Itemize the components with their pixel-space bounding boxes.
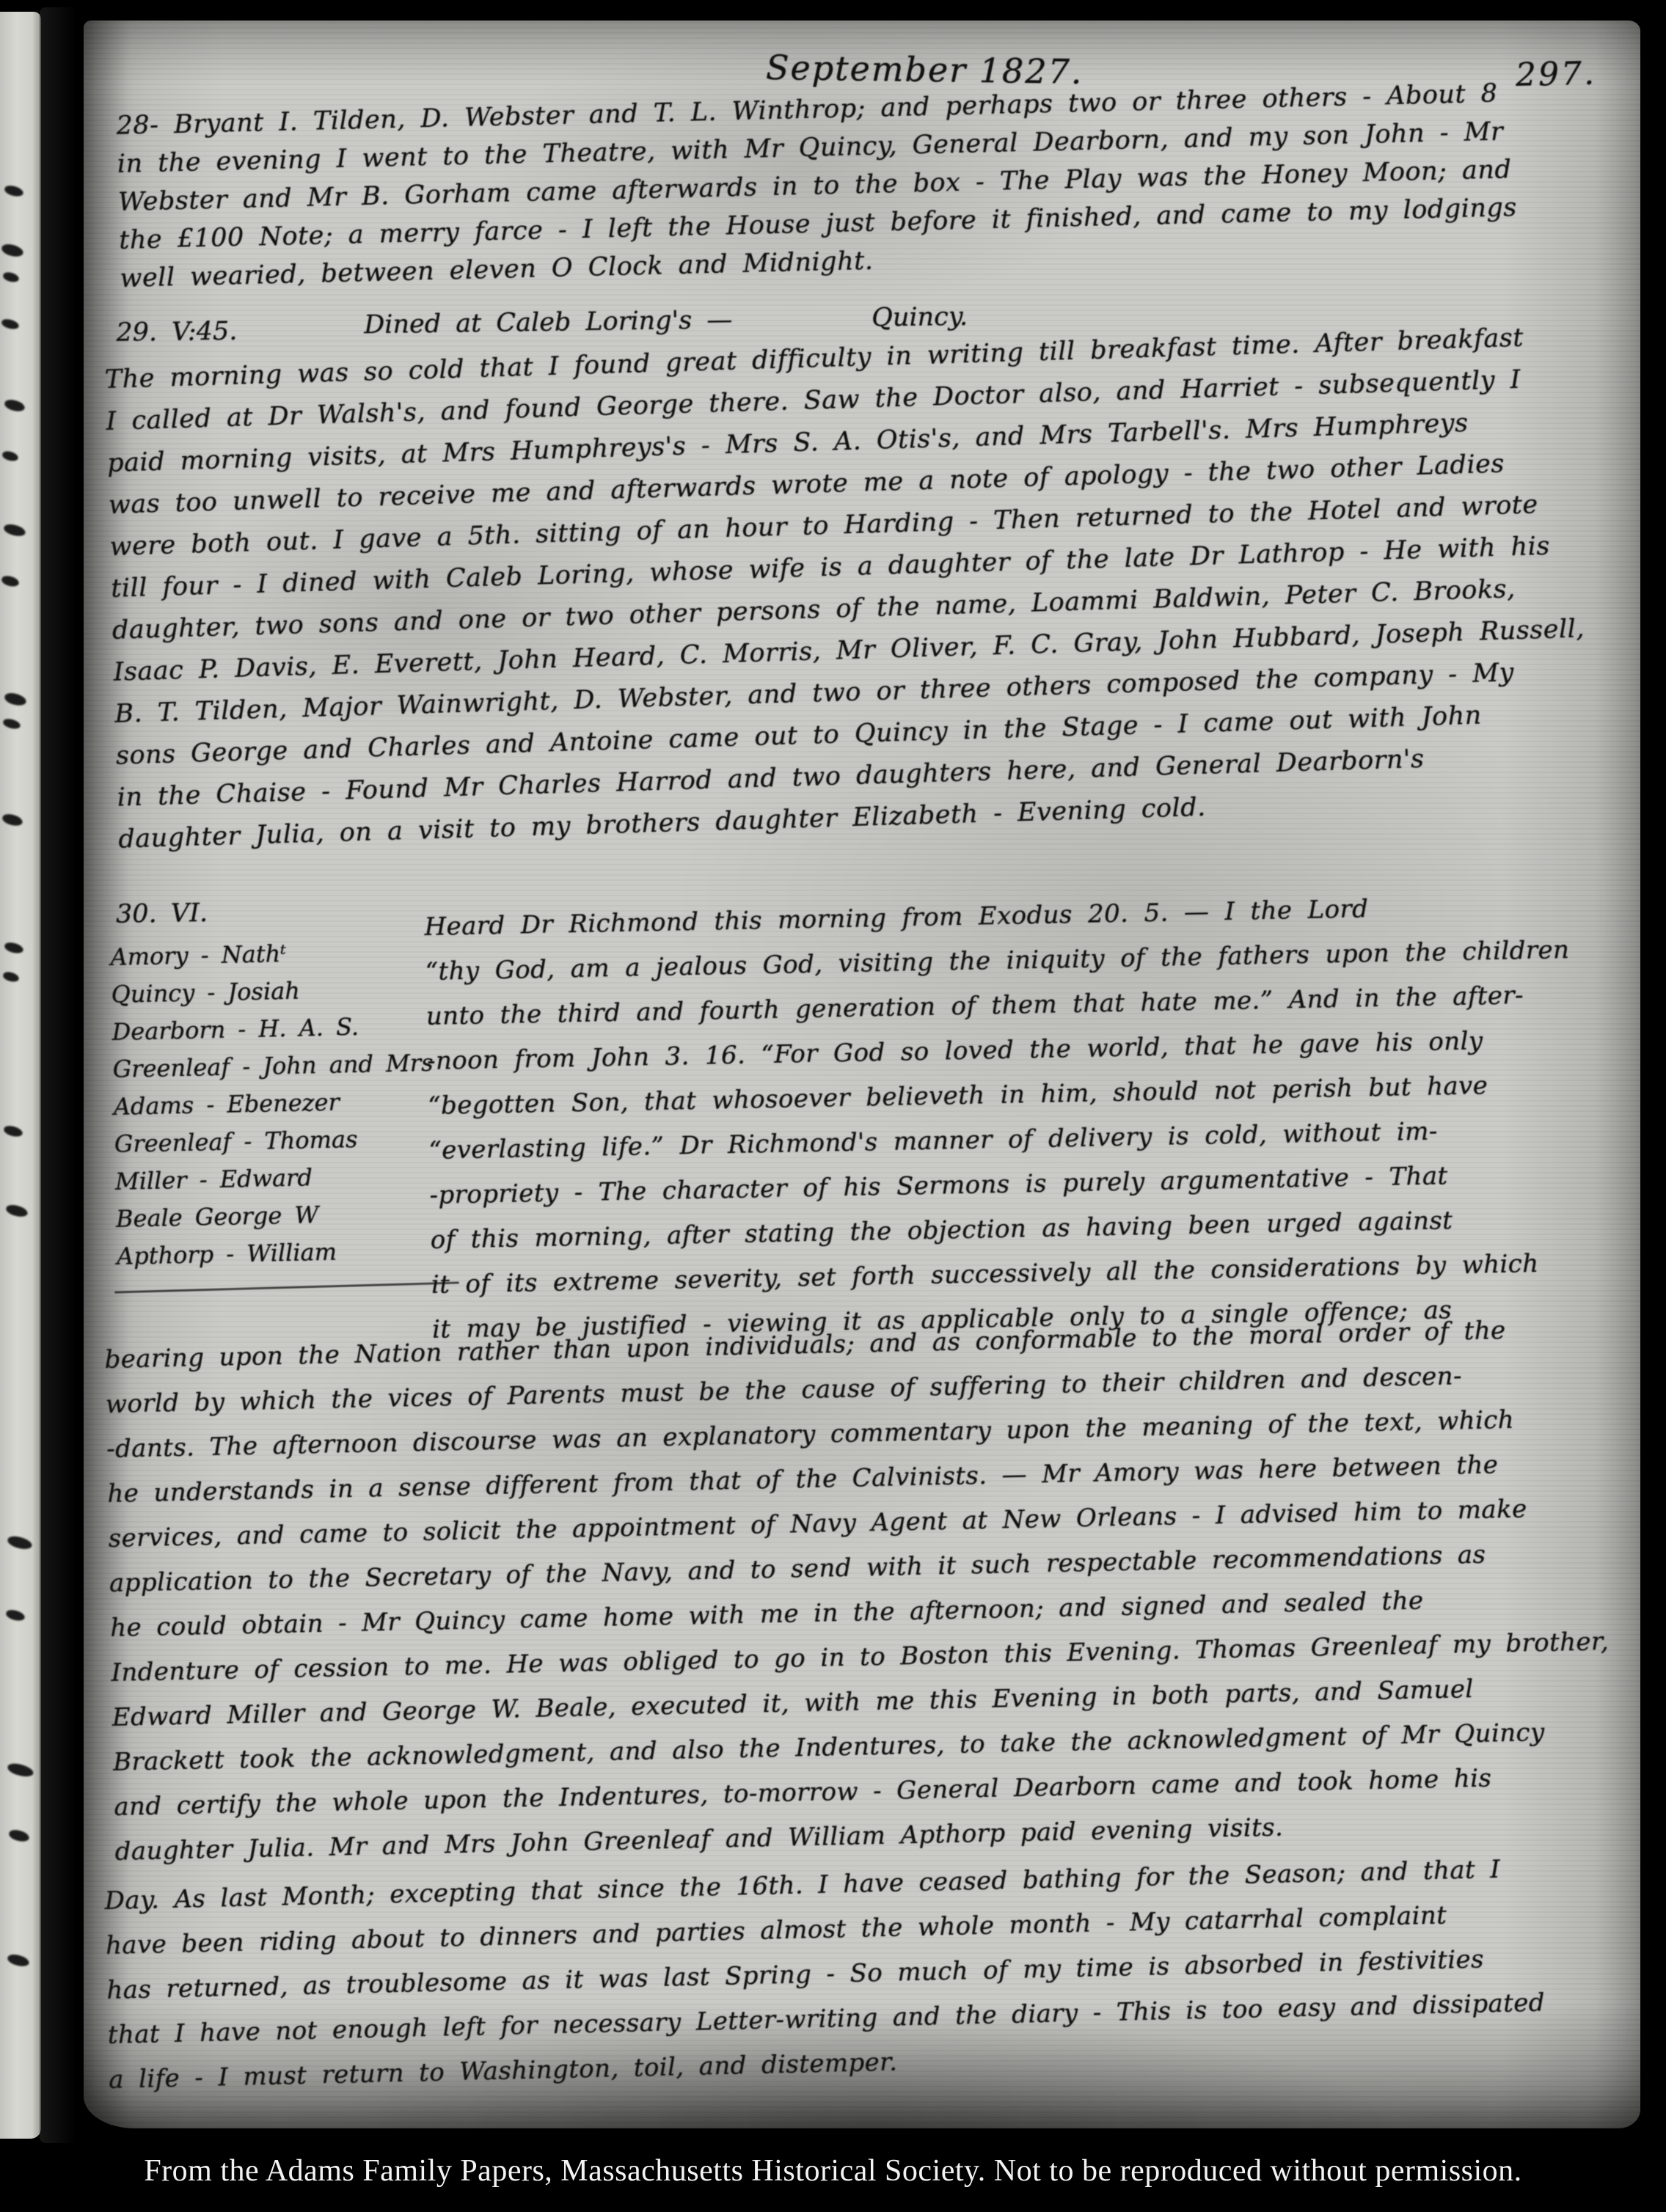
ink-fragment [1,318,20,330]
manuscript-line: Greenleaf - Thomas [114,1119,437,1163]
ink-fragment [1,243,25,259]
ink-fragment [5,1204,29,1219]
ink-fragment [3,1124,23,1138]
ink-fragment [4,184,24,198]
entry-sep28-text: 28- Bryant I. Tilden, D. Webster and T. … [116,72,1624,298]
manuscript-line: Amory - Nathᵗ [110,932,434,976]
manuscript-page: September 1827. 297. 28- Bryant I. Tilde… [84,21,1640,2128]
ink-fragment [2,971,20,984]
entry-sep30-visitor-list: Amory - NathᵗQuincy - JosiahDearborn - H… [110,932,440,1275]
visitor-list-underline [114,1281,459,1293]
manuscript-line: Miller - Edward [114,1157,438,1201]
entry-sep30-date-label: 30. VI. [116,898,208,929]
manuscript-line: Quincy - Josiah [111,970,434,1014]
manuscript-line: Greenleaf - John and Mrs [112,1044,436,1088]
ink-fragment [1,574,20,587]
entry-sep29-dined-note: Dined at Caleb Loring's — [364,305,733,340]
entry-sep30-text-full-width: bearing upon the Nation rather than upon… [104,1305,1641,1874]
ink-fragment [1,450,19,463]
ink-fragment [2,271,20,284]
entry-sep29-date-label: 29. V:45. [116,317,238,348]
entry-sep29-text: The morning was so cold that I found gre… [104,314,1640,860]
entry-sep30-text-beside-list: Heard Dr Richmond this morning from Exod… [424,882,1643,1352]
ink-fragment [7,1953,30,1969]
ink-fragment [4,692,28,708]
ink-fragment [7,1762,35,1779]
ink-fragment [4,398,26,413]
ink-fragment [2,717,21,730]
ink-fragment [3,523,26,538]
manuscript-line: Dearborn - H. A. S. [112,1007,435,1051]
manuscript-line: Beale George W [115,1194,439,1238]
credit-caption: From the Adams Family Papers, Massachuse… [0,2153,1666,2189]
entry-sep29-dined-place: Quincy. [872,302,968,333]
ink-fragment [4,941,24,955]
ink-fragment [8,1828,31,1843]
ink-fragment [1,813,24,827]
ink-fragment [5,1608,26,1622]
binding-gutter-shadow [40,7,87,2143]
entry-sep30-month-summary: Day. As last Month; excepting that since… [104,1845,1634,2103]
manuscript-line: Adams - Ebenezer [113,1082,436,1126]
facing-page-edge [0,12,41,2139]
scanned-diary-screenshot: { "header": { "date": "September 1827.",… [0,0,1666,2212]
manuscript-line: Apthorp - William [117,1231,440,1275]
ink-fragment [7,1534,34,1551]
